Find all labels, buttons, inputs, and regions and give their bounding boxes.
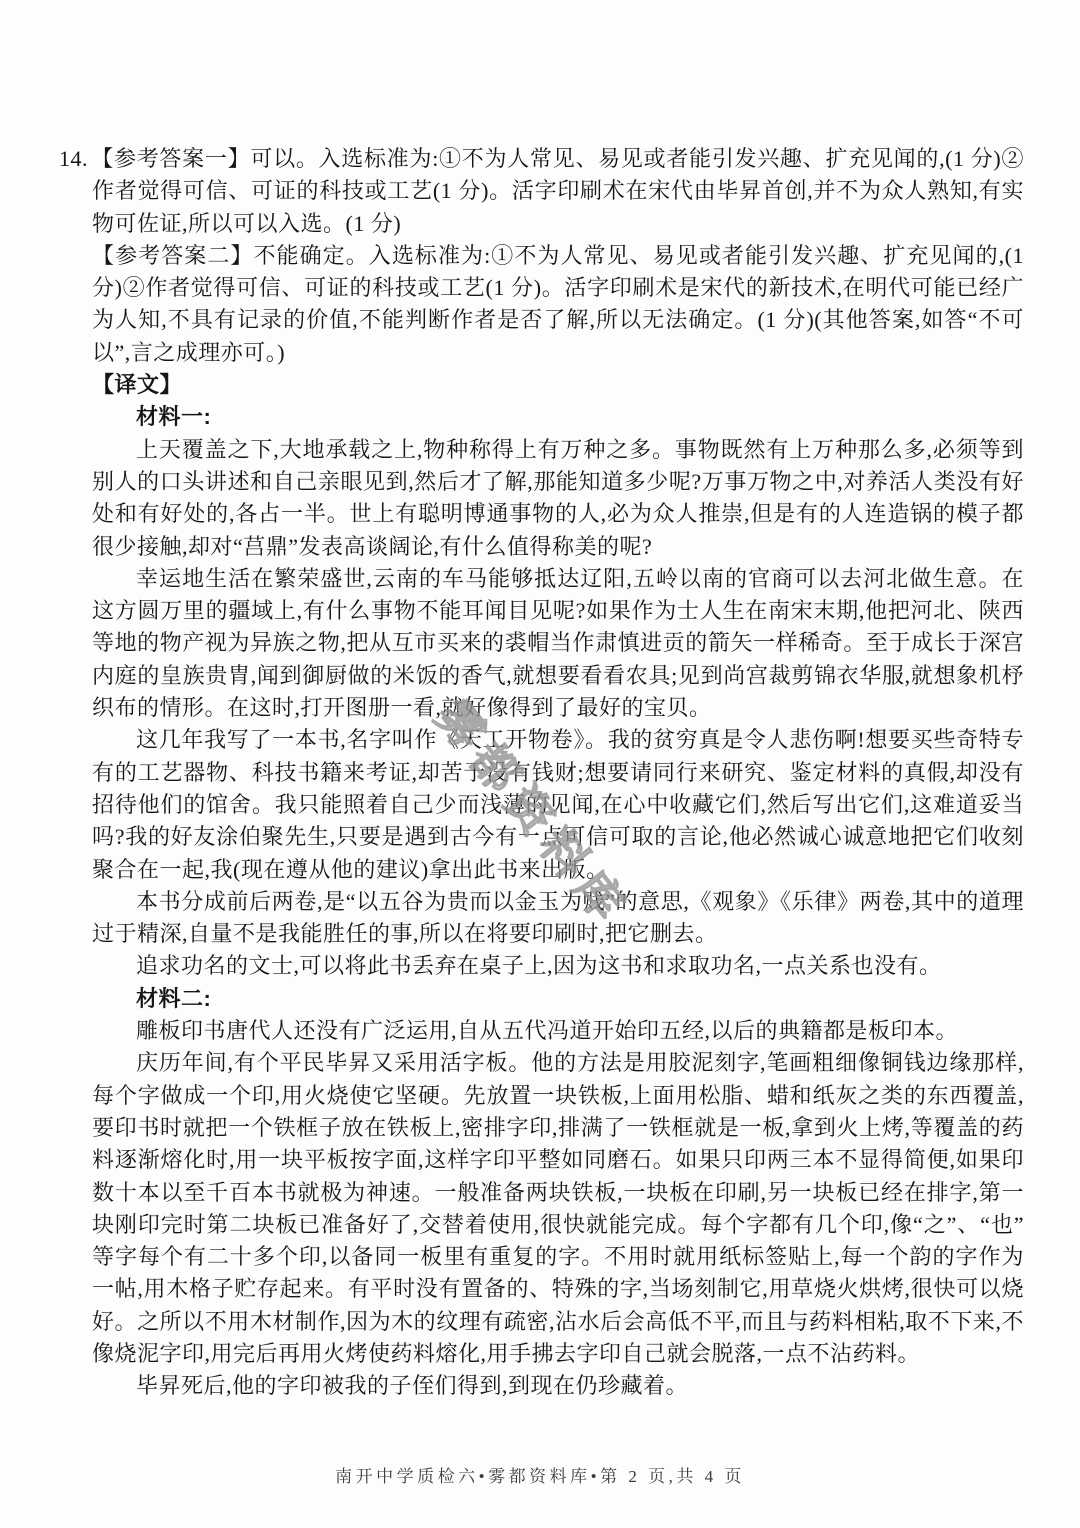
answer-one-label: 【参考答案一】 <box>91 146 250 171</box>
material-two-paragraph: 雕板印书唐代人还没有广泛运用,自从五代冯道开始印五经,以后的典籍都是板印本。 <box>92 1015 1024 1047</box>
material-one-paragraph: 追求功名的文士,可以将此书丢弃在桌子上,因为这书和求取功名,一点关系也没有。 <box>92 950 1024 982</box>
material-two-heading: 材料二: <box>92 983 1024 1015</box>
answer-key-content: 14.【参考答案一】可以。入选标准为:①不为人常见、易见或者能引发兴趣、扩充见闻… <box>92 143 1024 1403</box>
material-two-paragraph: 毕昇死后,他的字印被我的子侄们得到,到现在仍珍藏着。 <box>92 1370 1024 1402</box>
material-two-paragraph: 庆历年间,有个平民毕昇又采用活字板。他的方法是用胶泥刻字,笔画粗细像铜钱边缘那样… <box>92 1047 1024 1370</box>
page-footer: 南开中学质检六•雾都资料库•第 2 页,共 4 页 <box>0 1462 1080 1487</box>
material-one-paragraph: 本书分成前后两卷,是“以五谷为贵而以金玉为贱”的意思,《观象》《乐律》两卷,其中… <box>92 886 1024 951</box>
question-14-answer-one: 14.【参考答案一】可以。入选标准为:①不为人常见、易见或者能引发兴趣、扩充见闻… <box>92 143 1024 240</box>
material-one-heading: 材料一: <box>92 401 1024 433</box>
question-number: 14. <box>59 146 91 171</box>
question-14-answer-two: 【参考答案二】不能确定。入选标准为:①不为人常见、易见或者能引发兴趣、扩充见闻的… <box>92 240 1024 369</box>
material-one-paragraph: 上天覆盖之下,大地承载之上,物种称得上有万种之多。事物既然有上万种那么多,必须等… <box>92 434 1024 563</box>
material-one-paragraph: 这几年我写了一本书,名字叫作《天工开物卷》。我的贫穷真是令人悲伤啊!想要买些奇特… <box>92 724 1024 885</box>
translation-section-label: 【译文】 <box>92 369 1024 401</box>
document-page: 14.【参考答案一】可以。入选标准为:①不为人常见、易见或者能引发兴趣、扩充见闻… <box>0 0 1080 1528</box>
material-one-paragraph: 幸运地生活在繁荣盛世,云南的车马能够抵达辽阳,五岭以南的官商可以去河北做生意。在… <box>92 563 1024 724</box>
answer-two-label: 【参考答案二】 <box>92 243 253 268</box>
